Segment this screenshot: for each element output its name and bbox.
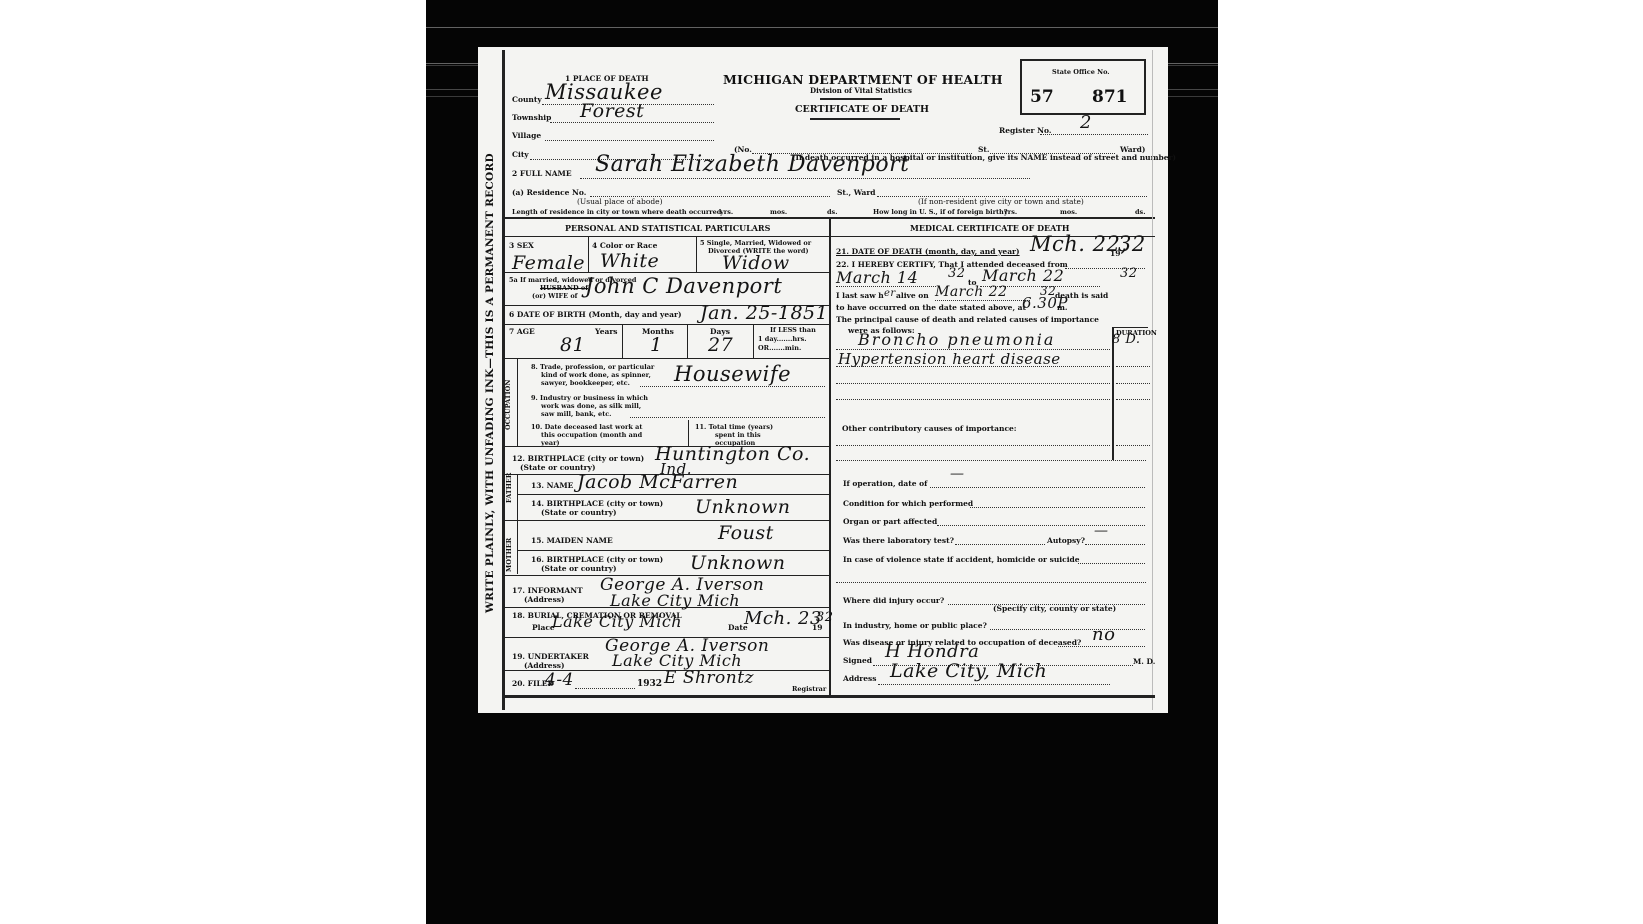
sex-value: Female bbox=[512, 252, 585, 274]
full-name-value: Sarah Elizabeth Davenport bbox=[595, 152, 909, 177]
spouse-value: John C Davenport bbox=[585, 274, 782, 298]
state-office-box: State Office No. 57 871 bbox=[1020, 59, 1146, 115]
state-office-no-a: 57 bbox=[1030, 87, 1054, 107]
attended-from-value: March 14 bbox=[836, 268, 918, 287]
father-name-value: Jacob McFarren bbox=[577, 471, 738, 493]
burial-date-value: Mch. 23 bbox=[744, 608, 822, 629]
mother-birthplace-value: Unknown bbox=[690, 552, 785, 574]
certificate-title: CERTIFICATE OF DEATH bbox=[795, 104, 929, 115]
age-months-value: 1 bbox=[650, 334, 663, 356]
occupation-value: Housewife bbox=[674, 362, 791, 386]
age-years-value: 81 bbox=[560, 334, 585, 356]
bottom-rule bbox=[505, 695, 1155, 698]
physician-address-value: Lake City, Mich bbox=[890, 660, 1047, 682]
duration-1-value: 8 D. bbox=[1112, 332, 1141, 347]
last-saw-value: March 22 bbox=[935, 284, 1008, 300]
race-value: White bbox=[600, 250, 659, 272]
state-office-no-b: 871 bbox=[1092, 87, 1128, 107]
occupation-related-value: no bbox=[1092, 624, 1115, 645]
register-no: 2 bbox=[1080, 112, 1092, 133]
township-value: Forest bbox=[580, 100, 644, 122]
registrar-signature: E Shrontz bbox=[664, 668, 754, 688]
cause-1-value: Broncho pneumonia bbox=[858, 330, 1055, 349]
father-birthplace-value: Unknown bbox=[695, 496, 790, 518]
permanent-record-notice: WRITE PLAINLY, WITH UNFADING INK—THIS IS… bbox=[480, 165, 500, 600]
attended-to-value: March 22 bbox=[982, 266, 1064, 285]
age-days-value: 27 bbox=[708, 334, 733, 356]
dob-value: Jan. 25-1851 bbox=[700, 302, 828, 324]
mother-maiden-value: Foust bbox=[718, 522, 774, 544]
marital-status-value: Widow bbox=[722, 252, 790, 274]
filed-date-value: 4-4 bbox=[545, 670, 574, 690]
burial-place-value: Lake City Mich bbox=[552, 612, 682, 631]
physician-signature: H Hondra bbox=[885, 641, 979, 662]
agency-title: MICHIGAN DEPARTMENT OF HEALTH bbox=[723, 72, 1003, 87]
